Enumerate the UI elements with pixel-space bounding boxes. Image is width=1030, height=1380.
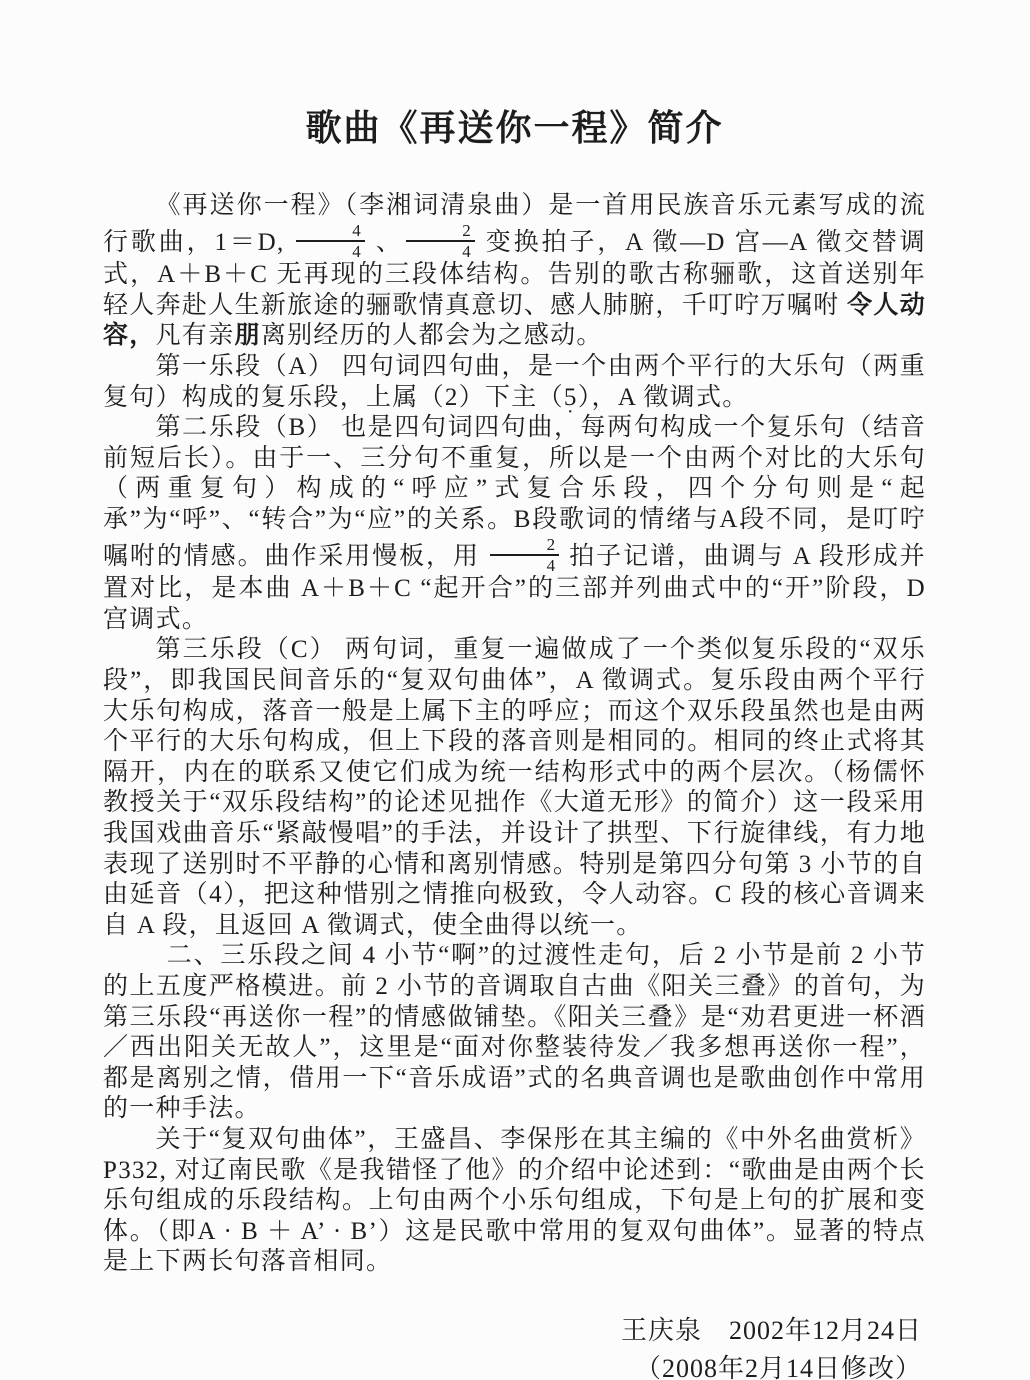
signature-revision-date: （2008年2月14日修改） [103, 1350, 922, 1380]
fraction-denominator: 4 [296, 242, 365, 260]
signature-block: 王庆泉 2002年12月24日 （2008年2月14日修改） [103, 1312, 926, 1380]
document-body: 《再送你一程》（李湘词清泉曲）是一首用民族音乐元素写成的流行歌曲，1＝D, 44… [103, 191, 926, 1278]
time-signature-fraction: 24 [490, 536, 559, 575]
time-signature-fraction: 24 [406, 222, 475, 261]
paragraph: 第三乐段（C） 两句词，重复一遍做成了一个类似复乐段的“双乐段”，即我国民间音乐… [103, 635, 926, 941]
page-title: 歌曲《再送你一程》简介 [103, 100, 926, 151]
bold-emphasis-run: 令人动容， [103, 292, 926, 350]
paragraph: 关于“复双句曲体”，王盛昌、李保彤在其主编的《中外名曲赏析》P332, 对辽南民… [103, 1125, 926, 1278]
bold-emphasis-run: 朋 [235, 322, 261, 349]
jianpu-low-note: 5 [564, 383, 578, 414]
paragraph: 第二乐段（B） 也是四句词四句曲，每两句构成一个复乐句（结音前短后长）。由于一、… [103, 413, 926, 635]
paragraph: 二、三乐段之间 4 小节“啊”的过渡性走句，后 2 小节是前 2 小节的上五度严… [103, 941, 926, 1125]
fraction-numerator: 4 [296, 222, 365, 242]
signature-author-date: 王庆泉 2002年12月24日 [103, 1312, 922, 1350]
fraction-numerator: 2 [490, 536, 559, 556]
paragraph: 第一乐段（A） 四句词四句曲，是一个由两个平行的大乐句（两重复句）构成的复乐段，… [103, 352, 926, 413]
fraction-denominator: 4 [406, 242, 475, 260]
fraction-numerator: 2 [406, 222, 475, 242]
fraction-denominator: 4 [490, 556, 559, 574]
document-page: 歌曲《再送你一程》简介 《再送你一程》（李湘词清泉曲）是一首用民族音乐元素写成的… [0, 0, 1030, 1380]
paragraph: 《再送你一程》（李湘词清泉曲）是一首用民族音乐元素写成的流行歌曲，1＝D, 44… [103, 191, 926, 352]
time-signature-fraction: 44 [296, 222, 365, 261]
